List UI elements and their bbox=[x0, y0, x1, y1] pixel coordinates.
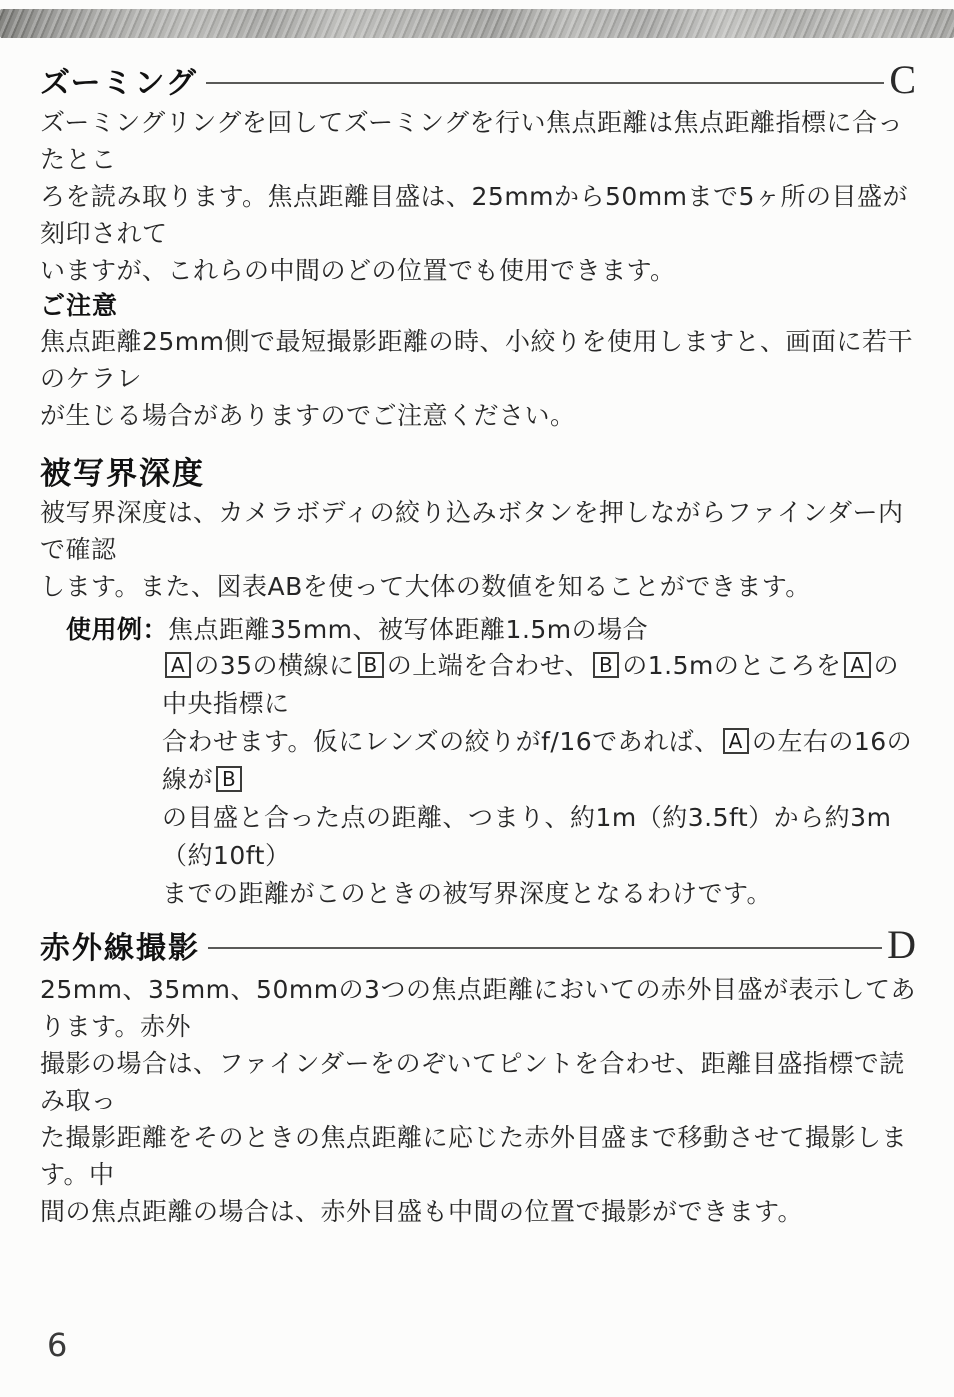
example-lines: Aの35の横線にBの上端を合わせ、Bの1.5mのところをAの中央指標に合わせます… bbox=[162, 647, 916, 913]
section-heading-zooming: ズーミング C bbox=[40, 60, 916, 100]
body-line: ズーミングリングを回してズーミングを行い焦点距離は焦点距離指標に合ったとこ bbox=[40, 104, 916, 178]
scan-artifact-bar bbox=[0, 9, 954, 38]
example-line: 合わせます。仮にレンズの絞りがf/16であれば、Aの左右の16の線がB bbox=[162, 723, 916, 799]
body-line: 撮影の場合は、ファインダーをのぞいてピントを合わせ、距離目盛指標で読み取っ bbox=[40, 1045, 916, 1119]
section-index-letter-c: C bbox=[889, 60, 916, 100]
example-text: の目盛と合った点の距離、つまり、約1m（約3.5ft）から約3m（約10ft） bbox=[162, 803, 891, 870]
example-intro: 焦点距離35mm、被写体距離1.5mの場合 bbox=[168, 615, 648, 644]
example-text: までの距離がこのときの被写界深度となるわけです。 bbox=[162, 879, 772, 908]
manual-page: ズーミング C ズーミングリングを回してズーミングを行い焦点距離は焦点距離指標に… bbox=[0, 0, 954, 1397]
note-heading: ご注意 bbox=[40, 289, 916, 323]
heading-rule bbox=[206, 82, 884, 84]
boxed-letter: B bbox=[593, 652, 619, 678]
body-line: 間の焦点距離の場合は、赤外目盛も中間の位置で撮影ができます。 bbox=[40, 1193, 916, 1230]
section-index-letter-d: D bbox=[887, 925, 916, 965]
example-heading: 使用例：焦点距離35mm、被写体距離1.5mの場合 bbox=[66, 613, 916, 647]
section-heading-depth: 被写界深度 bbox=[40, 454, 916, 494]
boxed-letter: A bbox=[844, 652, 870, 678]
page-content: ズーミング C ズーミングリングを回してズーミングを行い焦点距離は焦点距離指標に… bbox=[0, 0, 954, 1230]
depth-paragraph: 被写界深度は、カメラボディの絞り込みボタンを押しながらファインダー内で確認 しま… bbox=[40, 494, 916, 605]
boxed-letter: B bbox=[358, 652, 384, 678]
example-line: の目盛と合った点の距離、つまり、約1m（約3.5ft）から約3m（約10ft） bbox=[162, 799, 916, 875]
example-line: までの距離がこのときの被写界深度となるわけです。 bbox=[162, 875, 916, 913]
body-line: 被写界深度は、カメラボディの絞り込みボタンを押しながらファインダー内で確認 bbox=[40, 494, 916, 568]
example-text: 合わせます。仮にレンズの絞りがf/16であれば、 bbox=[162, 727, 720, 756]
infrared-paragraph: 25mm、35mm、50mmの3つの焦点距離においての赤外目盛が表示してあります… bbox=[40, 971, 916, 1230]
section-heading-infrared: 赤外線撮影 D bbox=[40, 923, 916, 967]
boxed-letter: A bbox=[723, 728, 749, 754]
section-title-zooming: ズーミング bbox=[40, 58, 198, 102]
body-line: 焦点距離25mm側で最短撮影距離の時、小絞りを使用しますと、画面に若干のケラレ bbox=[40, 323, 916, 397]
page-number: 6 bbox=[47, 1326, 68, 1364]
example-text: の1.5mのところを bbox=[622, 651, 841, 680]
body-line: た撮影距離をそのときの焦点距離に応じた赤外目盛まで移動させて撮影します。中 bbox=[40, 1119, 916, 1193]
body-line: ろを読み取ります。焦点距離目盛は、25mmから50mmまで5ヶ所の目盛が刻印され… bbox=[40, 178, 916, 252]
body-line: が生じる場合がありますのでご注意ください。 bbox=[40, 397, 916, 434]
example-text: の35の横線に bbox=[194, 651, 354, 680]
usage-example: 使用例：焦点距離35mm、被写体距離1.5mの場合 Aの35の横線にBの上端を合… bbox=[40, 613, 916, 913]
boxed-letter: B bbox=[216, 766, 242, 792]
heading-rule bbox=[208, 947, 882, 949]
example-label: 使用例： bbox=[66, 615, 168, 644]
section-title-infrared: 赤外線撮影 bbox=[40, 923, 200, 967]
example-line: Aの35の横線にBの上端を合わせ、Bの1.5mのところをAの中央指標に bbox=[162, 647, 916, 723]
boxed-letter: A bbox=[165, 652, 191, 678]
body-line: します。また、図表ABを使って大体の数値を知ることができます。 bbox=[40, 568, 916, 605]
note-paragraph: 焦点距離25mm側で最短撮影距離の時、小絞りを使用しますと、画面に若干のケラレ … bbox=[40, 323, 916, 434]
body-line: いますが、これらの中間のどの位置でも使用できます。 bbox=[40, 252, 916, 289]
body-line: 25mm、35mm、50mmの3つの焦点距離においての赤外目盛が表示してあります… bbox=[40, 971, 916, 1045]
zooming-paragraph: ズーミングリングを回してズーミングを行い焦点距離は焦点距離指標に合ったとこ ろを… bbox=[40, 104, 916, 289]
example-text: の上端を合わせ、 bbox=[387, 651, 590, 680]
